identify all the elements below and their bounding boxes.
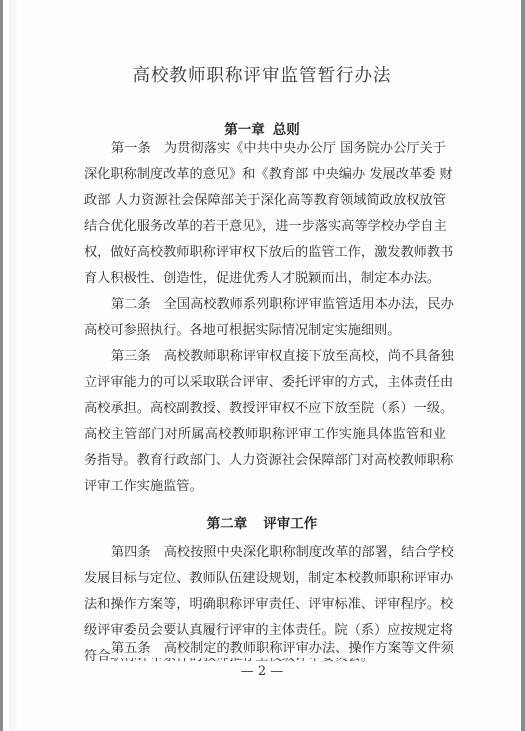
article-5-line: 第五条 高校制定的教师职称评审办法、操作方案等文件须 xyxy=(111,640,446,658)
document-page-content-lower: 第五条 高校制定的教师职称评审办法、操作方案等文件须 — 2 — xyxy=(3,0,521,731)
page-number: — 2 — xyxy=(3,664,521,679)
